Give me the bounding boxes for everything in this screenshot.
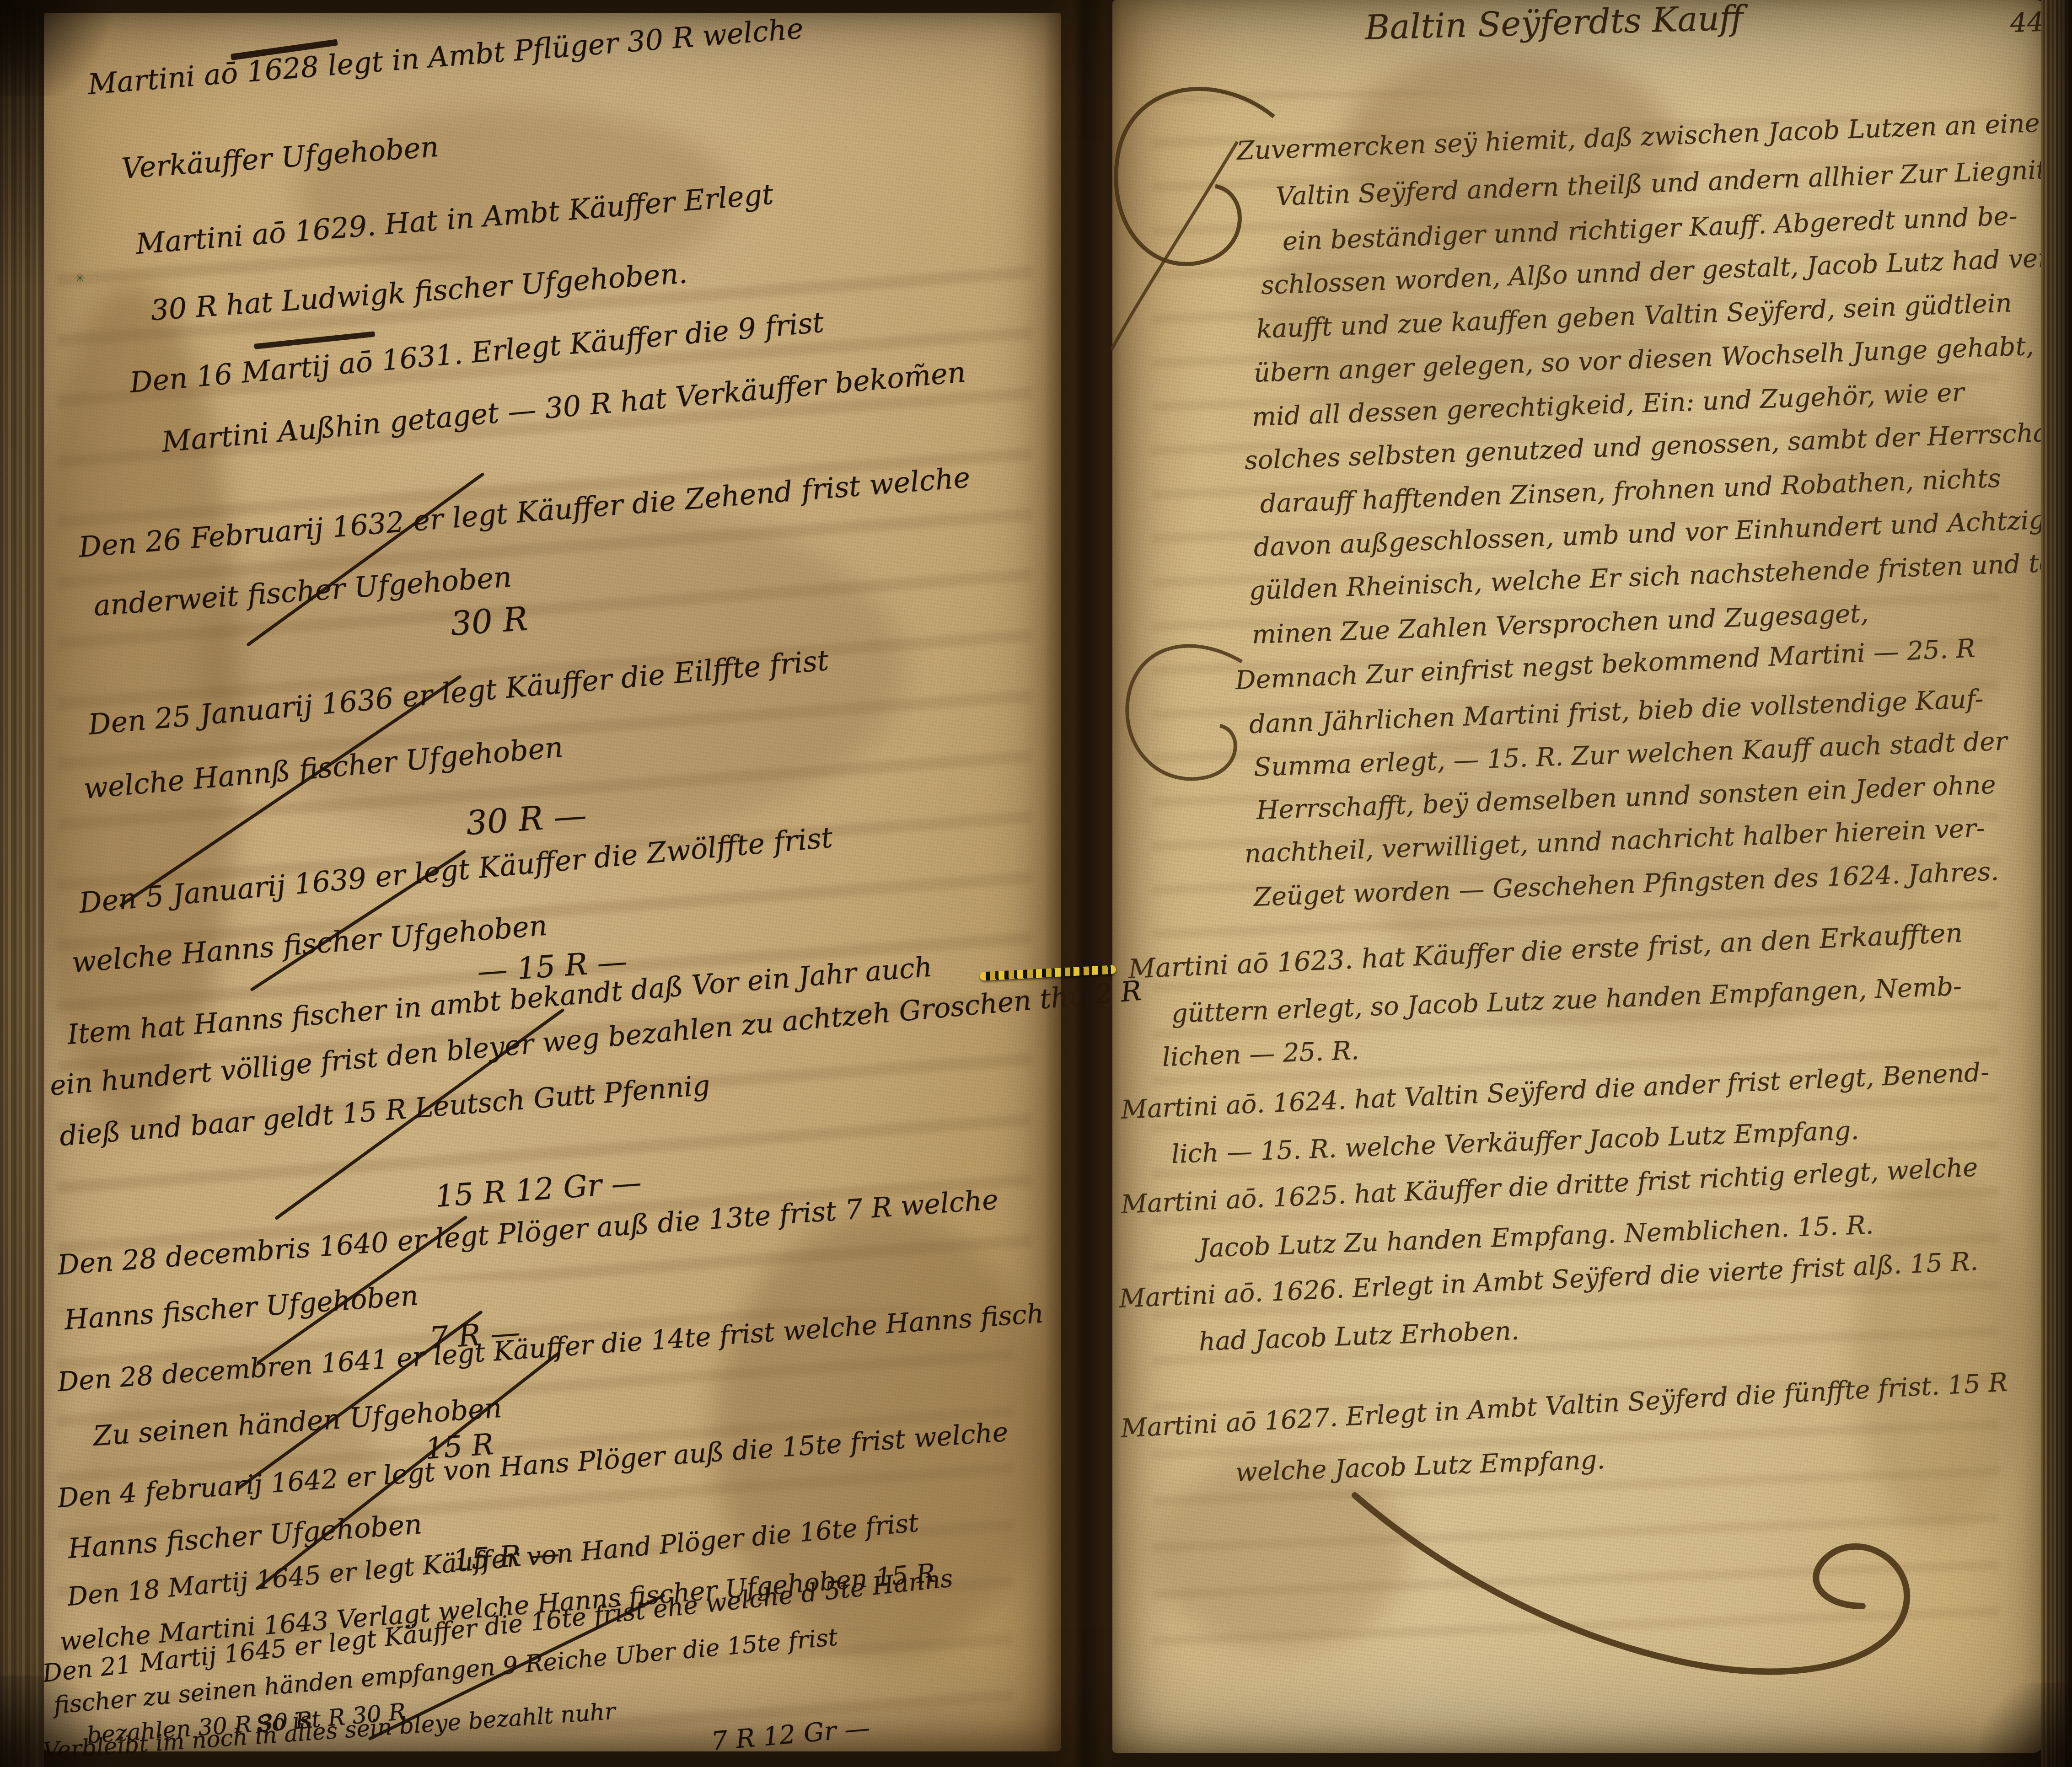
book-spread: Baltin Seÿferdts Kauff 44 Zuvermercken s… bbox=[0, 0, 2072, 1767]
page-edge-left bbox=[0, 8, 44, 1767]
payment-amount: 30 R bbox=[449, 599, 529, 643]
marginal-mark: ✳ bbox=[75, 272, 85, 285]
page-number: 44 bbox=[2010, 6, 2045, 38]
